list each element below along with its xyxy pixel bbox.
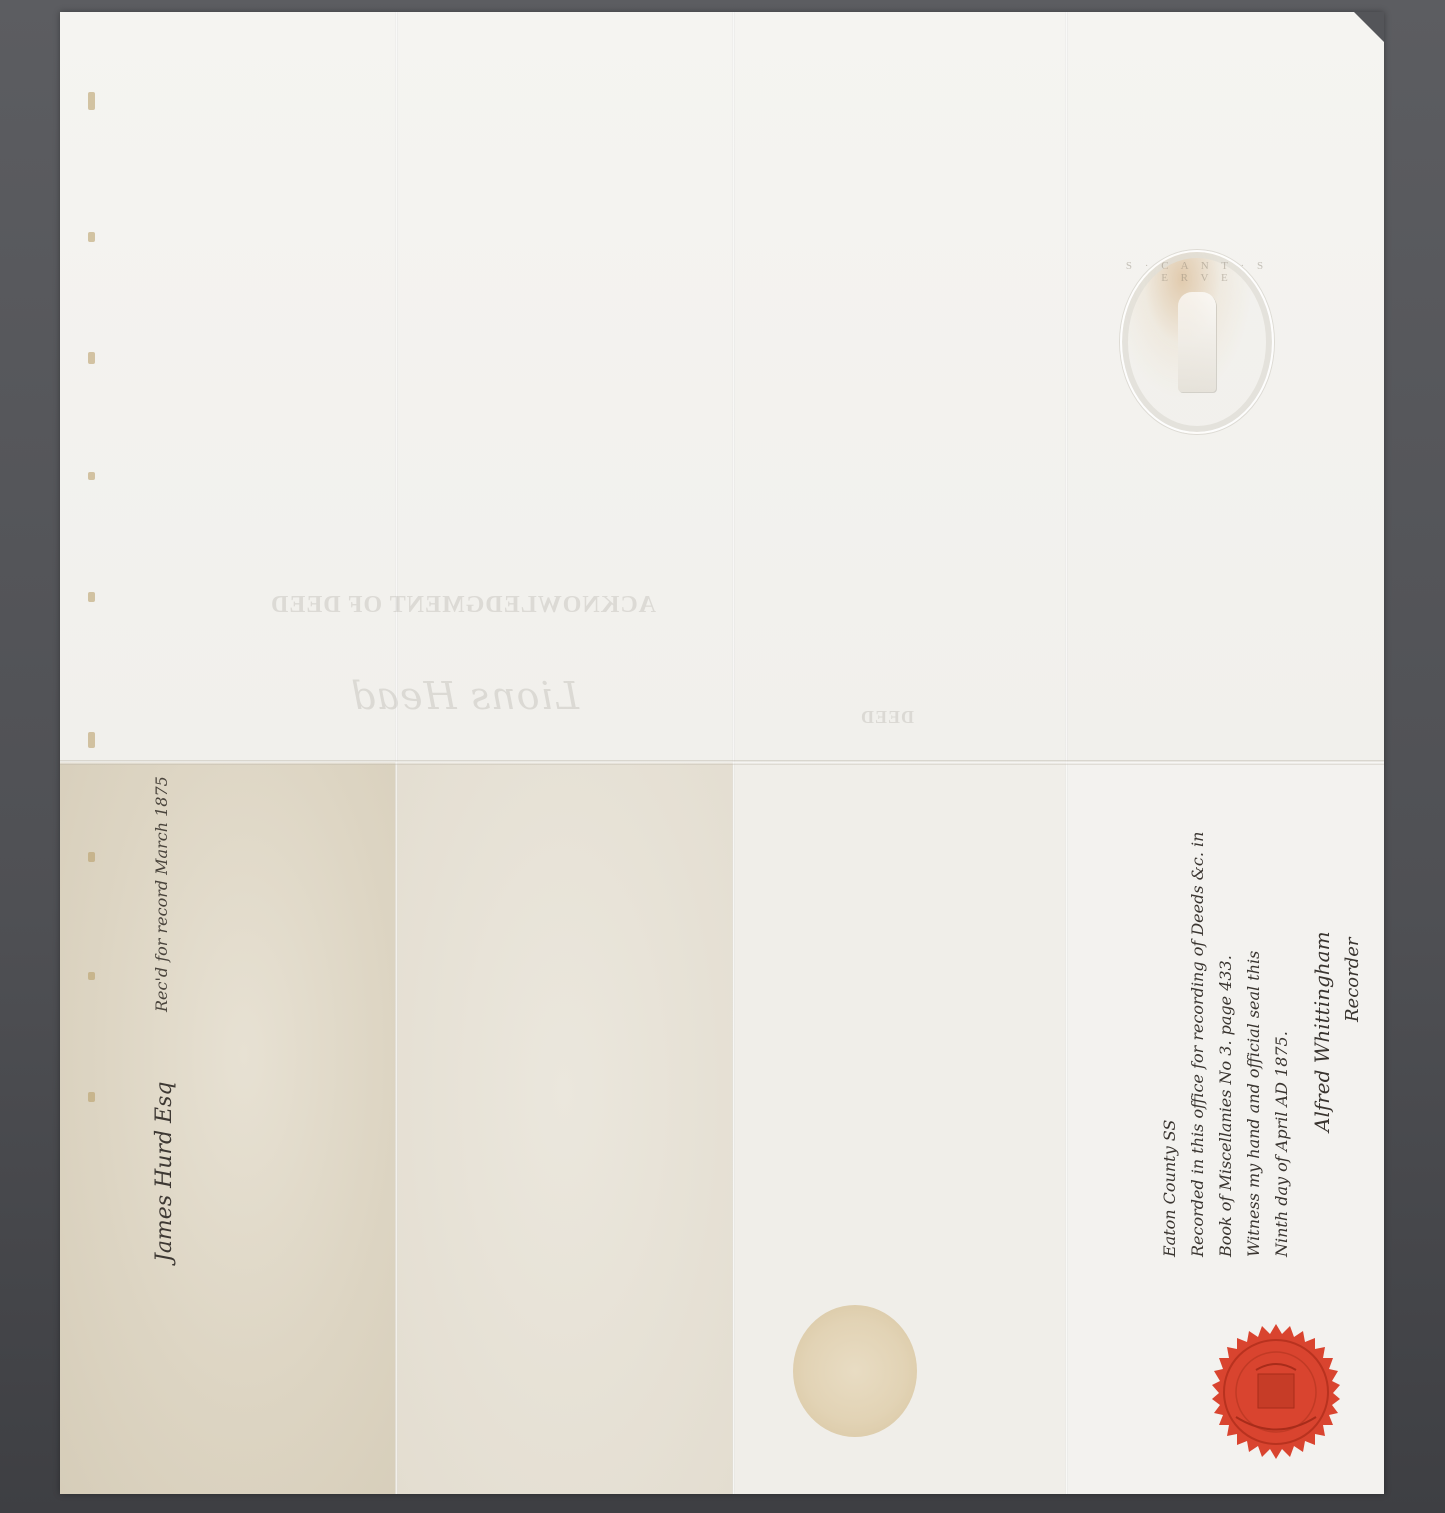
fold-line-vertical-2 <box>732 12 735 1494</box>
embossed-figure-icon <box>1178 292 1216 392</box>
document-sheet: ACKNOWLEDGMENT OF DEED Lions Head DEED S… <box>60 12 1384 1494</box>
recorder-title: Recorder <box>1342 937 1363 1022</box>
embossed-seal-legend: S · C A N T · S E R V E <box>1122 260 1272 284</box>
grantor-signature: James Hurd Esq <box>152 1082 177 1262</box>
panel-lower-center-left <box>395 762 733 1494</box>
fold-line-vertical-1 <box>395 12 398 1494</box>
recorder-note-line-4: Witness my hand and official seal this <box>1244 951 1263 1257</box>
red-wax-seal <box>1206 1322 1346 1472</box>
received-for-record-note: Rec'd for record March 1875 <box>152 776 171 1012</box>
fold-line-horizontal <box>60 760 1384 765</box>
recorder-note-line-3: Book of Miscellanies No 3. page 433. <box>1216 955 1235 1257</box>
bleed-through-title: ACKNOWLEDGMENT OF DEED <box>270 592 656 619</box>
bleed-through-script: Lions Head <box>350 674 579 718</box>
recorder-note-line-2: Recorded in this office for recording of… <box>1188 832 1207 1257</box>
tan-paper-seal <box>793 1305 917 1437</box>
recorder-note-line-1: Eaton County SS <box>1160 1120 1179 1257</box>
bleed-through-subtitle: DEED <box>860 707 914 728</box>
torn-corner <box>1354 12 1384 42</box>
panel-lower-left-stained <box>60 762 395 1494</box>
edge-pin-stains <box>88 92 98 1192</box>
fold-line-vertical-3 <box>1065 12 1068 1494</box>
wax-seal-icon <box>1206 1322 1346 1472</box>
recorder-note-line-5: Ninth day of April AD 1875. <box>1272 1031 1291 1257</box>
recorder-signature: Alfred Whittingham <box>1310 931 1334 1132</box>
embossed-seal: S · C A N T · S E R V E <box>1120 250 1274 434</box>
